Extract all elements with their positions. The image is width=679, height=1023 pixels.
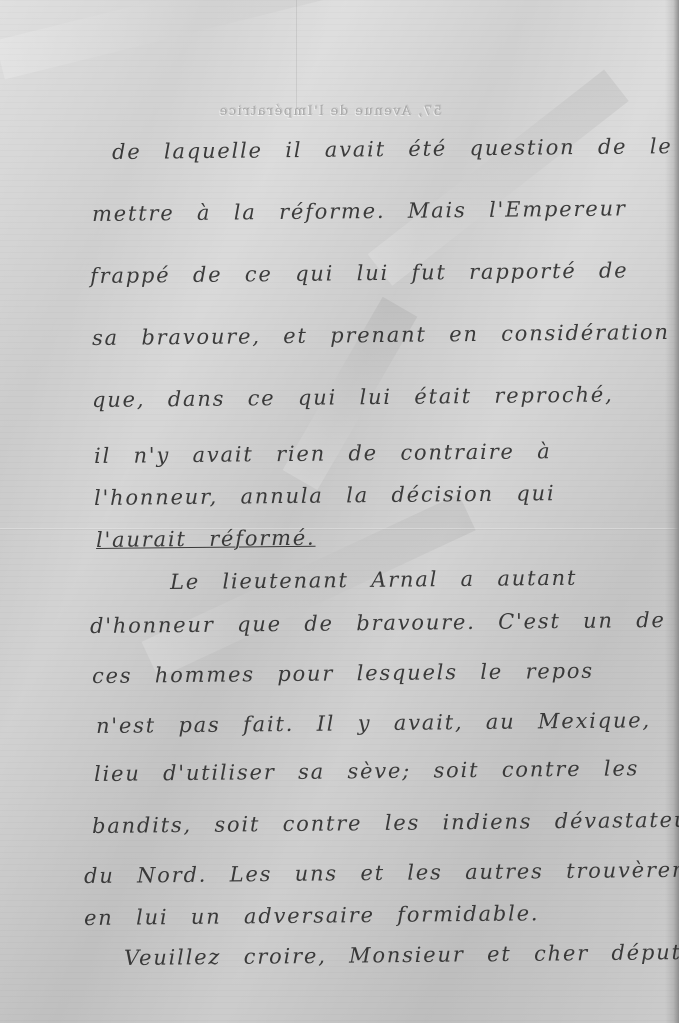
handwritten-line: l'honneur, annula la décision qui — [94, 481, 556, 510]
handwritten-line: d'honneur que de bravoure. C'est un de — [90, 608, 666, 638]
handwritten-line: lieu d'utiliser sa sève; soit contre les — [94, 756, 639, 786]
handwritten-line: Le lieutenant Arnal a autant — [170, 566, 577, 594]
handwritten-line: l'aurait réformé. — [96, 526, 316, 552]
vertical-crease — [296, 0, 297, 110]
handwritten-line: n'est pas fait. Il y avait, au Mexique, — [96, 708, 651, 738]
paper-crease — [368, 70, 629, 286]
letter-page: 57, Avenue de l'Impératrice de laquelle … — [0, 0, 679, 1023]
handwritten-line: ces hommes pour lesquels le repos — [92, 659, 594, 688]
paper-crease — [0, 0, 451, 79]
handwritten-line: mettre à la réforme. Mais l'Empereur — [92, 196, 627, 226]
handwritten-line: en lui un adversaire formidable. — [84, 901, 540, 930]
handwritten-line: frappé de ce qui lui fut rapporté de — [90, 258, 629, 288]
handwritten-line: il n'y avait rien de contraire à — [94, 439, 552, 468]
embossed-letterhead: 57, Avenue de l'Impératrice — [218, 104, 442, 119]
handwritten-line: du Nord. Les uns et les autres trouvèren… — [84, 858, 679, 888]
handwritten-line: bandits, soit contre les indiens dévasta… — [92, 807, 679, 838]
handwritten-line: sa bravoure, et prenant en considération — [92, 320, 670, 350]
handwritten-line: Veuillez croire, Monsieur et cher député… — [124, 940, 679, 970]
handwritten-line: de laquelle il avait été question de le — [112, 134, 673, 164]
handwritten-line: que, dans ce qui lui était reproché, — [92, 383, 614, 412]
